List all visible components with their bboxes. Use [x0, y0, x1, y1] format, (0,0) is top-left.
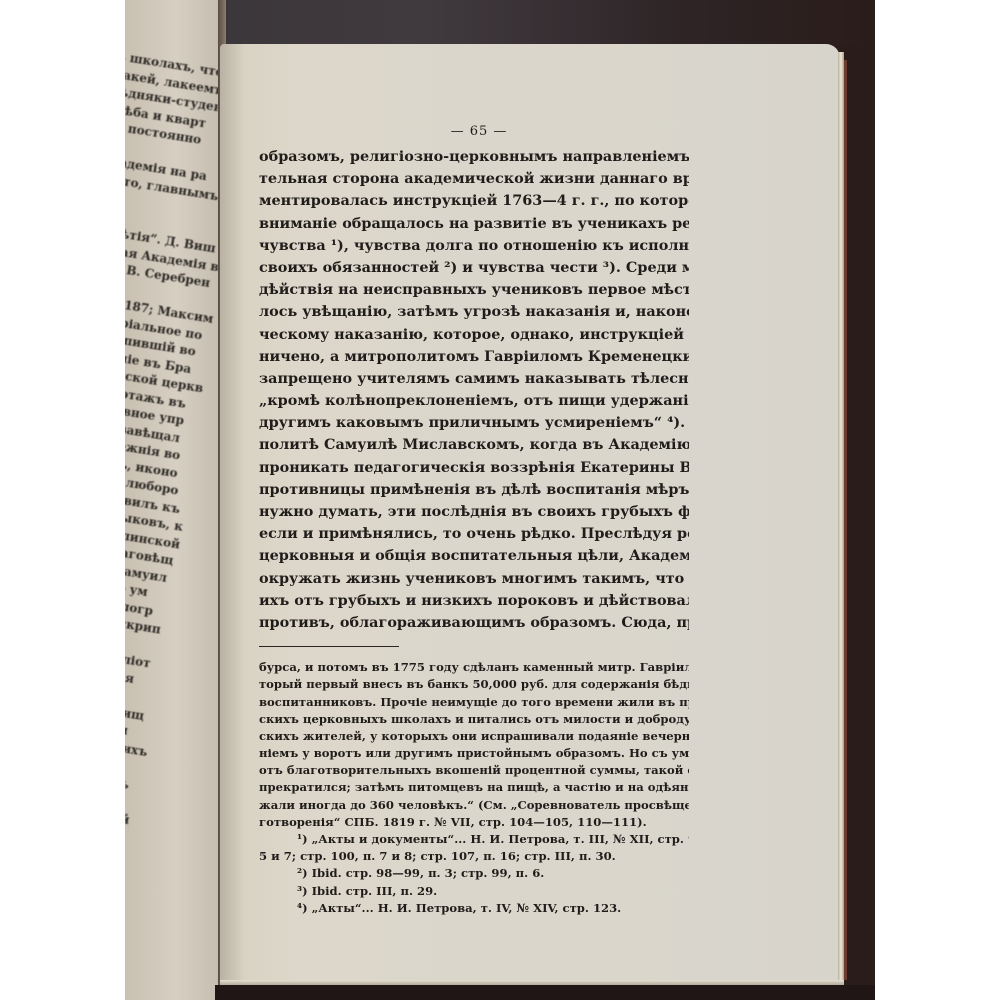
footnote-continuation: бурса, и потомъ въ 1775 году сдѣланъ кам… — [259, 659, 689, 831]
left-page-text: ь школахъ, чтолакей, лакеемъ ибѣдняки-ст… — [125, 48, 218, 826]
footnote-line: ніемъ у воротъ или другимъ пристойнымъ о… — [259, 745, 689, 762]
footnote-line: готворенія“ СПБ. 1819 г. № VII, стр. 104… — [259, 814, 689, 831]
footnote-4: ⁴) „Акты“... Н. И. Петрова, т. IV, № XIV… — [259, 900, 689, 917]
book-photograph: ь школахъ, чтолакей, лакеемъ ибѣдняки-ст… — [125, 0, 875, 1000]
text-line: дѣйствія на неисправныхъ учениковъ перво… — [259, 279, 689, 301]
left-page: ь школахъ, чтолакей, лакеемъ ибѣдняки-ст… — [125, 0, 218, 1000]
footnotes: ¹) „Акты и документы“... Н. И. Петрова, … — [259, 831, 689, 917]
footnote-line: прекратился; затѣмъ питомцевъ на пищѣ, а… — [259, 779, 689, 796]
text-line: ческому наказанію, которое, однако, инст… — [259, 324, 689, 346]
page-edge-tint — [844, 60, 847, 980]
text-line: „кромѣ колѣнопреклоненіемъ, отъ пищи уде… — [259, 390, 689, 412]
text-line: проникать педагогическія воззрѣнія Екате… — [259, 457, 689, 479]
footnote-rule — [259, 646, 399, 647]
text-line: ничено, а митрополитомъ Гавріиломъ Креме… — [259, 346, 689, 368]
text-line: чувства ¹), чувства долга по отношенію к… — [259, 235, 689, 257]
page-number: — 65 — — [269, 118, 689, 146]
text-line: политѣ Самуилѣ Миславскомъ, когда въ Ака… — [259, 434, 689, 456]
background-surface-bottom — [215, 985, 875, 1000]
text-line: тельная сторона академической жизни данн… — [259, 168, 689, 190]
footnote-line: жали иногда до 360 человѣкъ.“ (См. „Соре… — [259, 797, 689, 814]
text-line: образомъ, религіозно-церковнымъ направле… — [259, 146, 689, 168]
text-line: своихъ обязанностей ²) и чувства чести ³… — [259, 257, 689, 279]
text-line: вниманіе обращалось на развитіе въ учени… — [259, 213, 689, 235]
text-line: лось увѣщанію, затѣмъ угрозѣ наказанія и… — [259, 301, 689, 323]
text-line: окружать жизнь учениковъ многимъ такимъ,… — [259, 568, 689, 590]
text-line: запрещено учителямъ самимъ наказывать тѣ… — [259, 368, 689, 390]
text-line: другимъ каковымъ приличнымъ усмиреніемъ“… — [259, 412, 689, 434]
footnote-line: отъ благотворительныхъ вкошеній процентн… — [259, 762, 689, 779]
text-line: церковныя и общія воспитательныя цѣли, А… — [259, 545, 689, 567]
footnote-2: ²) Ibid. стр. 98—99, п. 3; стр. 99, п. 6… — [259, 865, 689, 882]
text-line: нужно думать, эти послѣднія въ своихъ гр… — [259, 501, 689, 523]
footnote-line: скихъ жителей, у которыхъ они испрашивал… — [259, 728, 689, 745]
right-page-text-block: — 65 — образомъ, религіозно-церковнымъ н… — [259, 118, 689, 917]
text-line: противъ, облагораживающимъ образомъ. Сюд… — [259, 612, 689, 634]
text-line: ихъ отъ грубыхъ и низкихъ пороковъ и дѣй… — [259, 590, 689, 612]
footnote-line: торый первый внесъ въ банкъ 50,000 руб. … — [259, 676, 689, 693]
background-surface-top — [125, 0, 875, 46]
footnote-1: ¹) „Акты и документы“... Н. И. Петрова, … — [259, 831, 689, 848]
text-line: если и примѣнялись, то очень рѣдко. Прес… — [259, 523, 689, 545]
text-line: противницы примѣненія въ дѣлѣ воспитанія… — [259, 479, 689, 501]
footnote-line: скихъ церковныхъ школахъ и питались отъ … — [259, 711, 689, 728]
footnote-3: ³) Ibid. стр. III, п. 29. — [259, 883, 689, 900]
footnote-1: 5 и 7; стр. 100, п. 7 и 8; стр. 107, п. … — [259, 848, 689, 865]
body-text: образомъ, религіозно-церковнымъ направле… — [259, 146, 689, 634]
text-line: ментировалась инструкціей 1763—4 г. г., … — [259, 190, 689, 212]
footnote-line: воспитанниковъ. Прочіе неимущіе до того … — [259, 694, 689, 711]
footnote-line: бурса, и потомъ въ 1775 году сдѣланъ кам… — [259, 659, 689, 676]
